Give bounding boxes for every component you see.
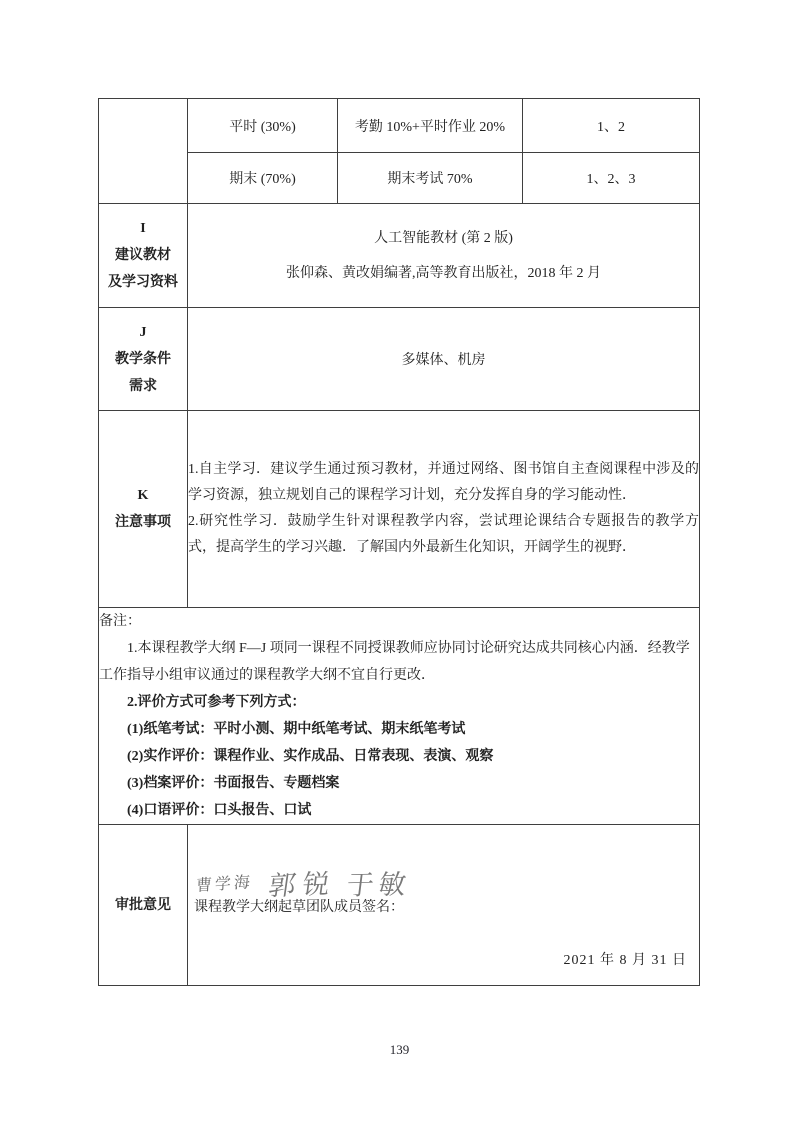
approval-row: 审批意见 课程教学大纲起草团队成员签名： 曹学海 郭锐 于敏 2021 年 8 … xyxy=(99,825,700,986)
assessment-row-regular: 平时 (30%) 考勤 10%+平时作业 20% 1、2 xyxy=(99,99,700,153)
textbook-publisher: 张仰森、黄改娟编著,高等教育出版社，2018 年 2 月 xyxy=(188,265,699,282)
row-i-title-line1: 建议教材 xyxy=(99,242,187,269)
textbook-title: 人工智能教材 (第 2 版) xyxy=(188,230,699,247)
evaluation-method-paper: (1)纸笔考试：平时小测、期中纸笔考试、期末纸笔考试 xyxy=(99,716,699,743)
assessment-method-cell: 考勤 10%+平时作业 20% xyxy=(338,99,523,153)
row-k-content-cell: 1.自主学习．建议学生通过预习教材，并通过网络、图书馆自主查阅课程中涉及的学习资… xyxy=(188,411,700,608)
row-i-textbooks: I 建议教材 及学习资料 人工智能教材 (第 2 版) 张仰森、黄改娟编著,高等… xyxy=(99,204,700,308)
note-self-study: 1.自主学习．建议学生通过预习教材，并通过网络、图书馆自主查阅课程中涉及的学习资… xyxy=(188,457,699,509)
handwritten-signatures: 曹学海 郭锐 于敏 xyxy=(196,863,411,902)
signature-1: 曹学海 xyxy=(196,869,254,896)
row-k-title: 注意事项 xyxy=(99,509,187,536)
assessment-row-final: 期末 (70%) 期末考试 70% 1、2、3 xyxy=(99,153,700,204)
row-k-header-cell: K 注意事项 xyxy=(99,411,188,608)
approval-date: 2021 年 8 月 31 日 xyxy=(564,949,688,969)
document-page: 平时 (30%) 考勤 10%+平时作业 20% 1、2 期末 (70%) 期末… xyxy=(0,0,799,1131)
row-k-code: K xyxy=(99,482,187,509)
assessment-type-cell: 平时 (30%) xyxy=(188,99,338,153)
remarks-item1: 1.本课程教学大纲 F—J 项同一课程不同授课教师应协同讨论研究达成共同核心内涵… xyxy=(99,635,699,689)
approval-header-cell: 审批意见 xyxy=(99,825,188,986)
evaluation-method-portfolio: (3)档案评价：书面报告、专题档案 xyxy=(99,770,699,797)
row-i-title-line2: 及学习资料 xyxy=(99,269,187,296)
row-j-facilities: J 教学条件 需求 多媒体、机房 xyxy=(99,308,700,411)
remarks-cell: 备注： 1.本课程教学大纲 F—J 项同一课程不同授课教师应协同讨论研究达成共同… xyxy=(99,608,700,825)
assessment-type-cell: 期末 (70%) xyxy=(188,153,338,204)
row-i-header-cell: I 建议教材 及学习资料 xyxy=(99,204,188,308)
row-i-content-cell: 人工智能教材 (第 2 版) 张仰森、黄改娟编著,高等教育出版社，2018 年 … xyxy=(188,204,700,308)
assessment-left-blank-cell xyxy=(99,99,188,204)
row-j-code: J xyxy=(99,319,187,346)
evaluation-method-practice: (2)实作评价：课程作业、实作成品、日常表现、表演、观察 xyxy=(99,743,699,770)
evaluation-method-oral: (4)口语评价：口头报告、口试 xyxy=(99,797,699,824)
page-number: 139 xyxy=(0,1042,799,1058)
row-j-content-cell: 多媒体、机房 xyxy=(188,308,700,411)
assessment-method-cell: 期末考试 70% xyxy=(338,153,523,204)
remarks-label: 备注： xyxy=(99,608,699,635)
note-research-study: 2.研究性学习．鼓励学生针对课程教学内容，尝试理论课结合专题报告的教学方式，提高… xyxy=(188,509,699,561)
row-i-code: I xyxy=(99,215,187,242)
row-j-title-line2: 需求 xyxy=(99,373,187,400)
syllabus-table: 平时 (30%) 考勤 10%+平时作业 20% 1、2 期末 (70%) 期末… xyxy=(98,98,700,986)
row-k-notes: K 注意事项 1.自主学习．建议学生通过预习教材，并通过网络、图书馆自主查阅课程… xyxy=(99,411,700,608)
approval-content-cell: 课程教学大纲起草团队成员签名： 曹学海 郭锐 于敏 2021 年 8 月 31 … xyxy=(188,825,700,986)
row-j-header-cell: J 教学条件 需求 xyxy=(99,308,188,411)
remarks-item2-title: 2.评价方式可参考下列方式： xyxy=(99,689,699,716)
signature-2: 郭锐 xyxy=(266,862,339,904)
assessment-targets-cell: 1、2 xyxy=(523,99,700,153)
remarks-row: 备注： 1.本课程教学大纲 F—J 项同一课程不同授课教师应协同讨论研究达成共同… xyxy=(99,608,700,825)
row-j-title-line1: 教学条件 xyxy=(99,346,187,373)
assessment-targets-cell: 1、2、3 xyxy=(523,153,700,204)
signature-3: 于敏 xyxy=(345,862,414,902)
